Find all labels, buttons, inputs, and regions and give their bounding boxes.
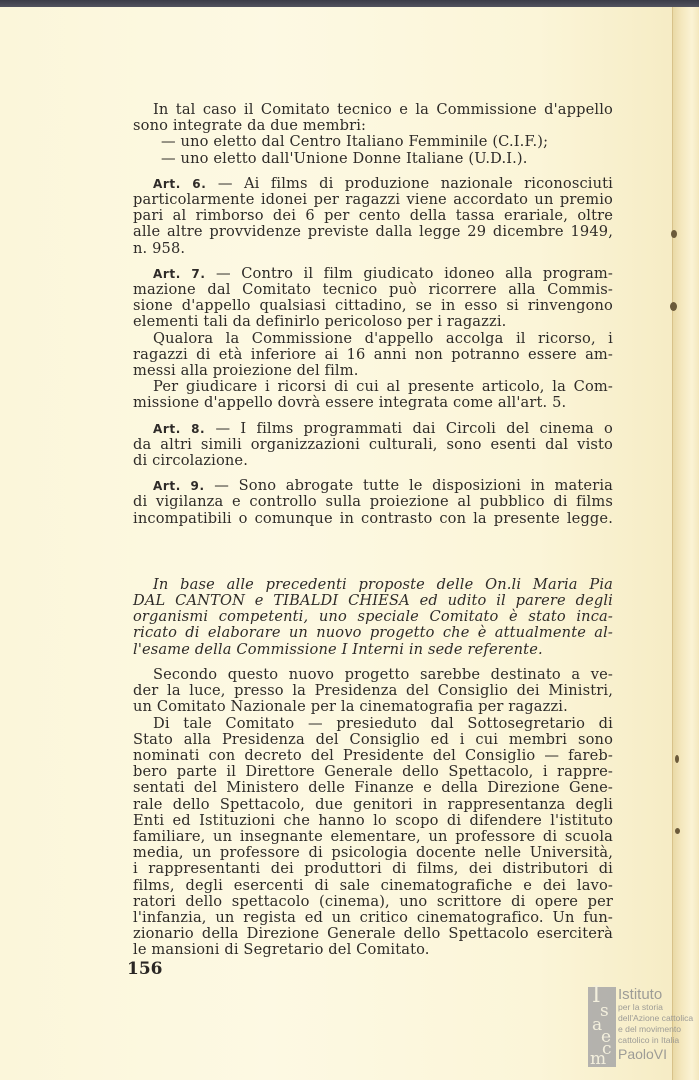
text-line: organismi competenti, uno speciale Comit… <box>133 609 613 625</box>
article-label: Art. 7. <box>153 267 205 281</box>
text-line: missione d'appello dovrà essere integrat… <box>133 395 613 411</box>
article-label: Art. 9. <box>153 479 205 493</box>
paragraph-intro: In tal caso il Comitato tecnico e la Com… <box>133 102 613 167</box>
text-line: In tal caso il Comitato tecnico e la Com… <box>133 102 613 118</box>
text-line: messi alla proiezione del film. <box>133 363 613 379</box>
paper-speck <box>675 755 679 763</box>
text-line: particolarmente idonei per ragazzi viene… <box>133 192 613 208</box>
paper-speck <box>671 230 677 238</box>
paper-speck <box>675 828 680 834</box>
text-line: ratori dello spettacolo (cinema), uno sc… <box>133 894 613 910</box>
text-line: i rappresentanti dei produttori di films… <box>133 861 613 877</box>
text-line: Qualora la Commissione d'appello accolga… <box>133 331 613 347</box>
text-line: Di tale Comitato — presieduto dal Sottos… <box>133 716 613 732</box>
text-line: ricato di elaborare un nuovo progetto ch… <box>133 625 613 641</box>
text-line: Art. 9. — Sono abrogate tutte le disposi… <box>133 478 613 494</box>
text-line: un Comitato Nazionale per la cinematogra… <box>133 699 613 715</box>
paper-speck <box>670 302 677 311</box>
text-line: l'infanzia, un regista ed un critico cin… <box>133 910 613 926</box>
article-7: Art. 7. — Contro il film giudicato idone… <box>133 266 613 412</box>
text-line: der la luce, presso la Presidenza del Co… <box>133 683 613 699</box>
text-line: mazione dal Comitato tecnico può ricorre… <box>133 282 613 298</box>
text-line: Art. 8. — I films programmati dai Circol… <box>133 421 613 437</box>
list-item: — uno eletto dal Centro Italiano Femmini… <box>133 134 613 150</box>
text-line: In base alle precedenti proposte delle O… <box>133 577 613 593</box>
text-line: familiare, un insegnante elementare, un … <box>133 829 613 845</box>
italic-note-paragraph: In base alle precedenti proposte delle O… <box>133 577 613 658</box>
text-line: n. 958. <box>133 241 613 257</box>
text-line: rale dello Spettacolo, due genitori in r… <box>133 797 613 813</box>
text-line: pari al rimborso dei 6 per cento della t… <box>133 208 613 224</box>
text-line: bero parte il Direttore Generale dello S… <box>133 764 613 780</box>
text-line: sono integrate da due membri: <box>133 118 613 134</box>
text-line: alle altre provvidenze previste dalla le… <box>133 224 613 240</box>
text-line: elementi tali da definirlo pericoloso pe… <box>133 314 613 330</box>
scanner-top-edge <box>0 0 699 7</box>
text-line: films, degli esercenti di sale cinematog… <box>133 878 613 894</box>
text-line: sione d'appello qualsiasi cittadino, se … <box>133 298 613 314</box>
watermark-text: Istituto per la storia dell'Azione catto… <box>618 987 693 1062</box>
text-line: da altri simili organizzazioni culturali… <box>133 437 613 453</box>
text-line: media, un professore di psicologia docen… <box>133 845 613 861</box>
text-line: le mansioni di Segretario del Comitato. <box>133 942 613 958</box>
text-line: di vigilanza e controllo sulla proiezion… <box>133 494 613 510</box>
isacem-watermark-logo: I s a e c m Istituto per la storia dell'… <box>588 987 698 1067</box>
text-line: sentati del Ministero delle Finanze e de… <box>133 780 613 796</box>
page-gutter <box>672 7 699 1080</box>
text-line: ragazzi di età inferiore ai 16 anni non … <box>133 347 613 363</box>
text-line: Enti ed Istituzioni che hanno lo scopo d… <box>133 813 613 829</box>
article-label: Art. 6. <box>153 177 206 191</box>
isacem-monogram-icon: I s a e c m <box>588 987 616 1067</box>
paragraph-di-tale-comitato: Di tale Comitato — presieduto dal Sottos… <box>133 716 613 959</box>
text-line: Per giudicare i ricorsi di cui al presen… <box>133 379 613 395</box>
text-line: Secondo questo nuovo progetto sarebbe de… <box>133 667 613 683</box>
text-line: Art. 7. — Contro il film giudicato idone… <box>133 266 613 282</box>
page-number: 156 <box>127 959 163 979</box>
text-line: nominati con decreto del Presidente del … <box>133 748 613 764</box>
text-line: Stato alla Presidenza del Consiglio ed i… <box>133 732 613 748</box>
list-item: — uno eletto dall'Unione Donne Italiane … <box>133 151 613 167</box>
text-line: zionario della Direzione Generale dello … <box>133 926 613 942</box>
text-line: DAL CANTON e TIBALDI CHIESA ed udito il … <box>133 593 613 609</box>
page-body-text: In tal caso il Comitato tecnico e la Com… <box>133 102 613 959</box>
article-9: Art. 9. — Sono abrogate tutte le disposi… <box>133 478 613 527</box>
paragraph-secondo: Secondo questo nuovo progetto sarebbe de… <box>133 667 613 716</box>
text-line: Art. 6. — Ai films di produzione naziona… <box>133 176 613 192</box>
article-label: Art. 8. <box>153 422 205 436</box>
article-6: Art. 6. — Ai films di produzione naziona… <box>133 176 613 257</box>
text-line: l'esame della Commissione I Interni in s… <box>133 642 613 658</box>
text-line: di circolazione. <box>133 453 613 469</box>
text-line: incompatibili o comunque in contrasto co… <box>133 511 613 527</box>
article-8: Art. 8. — I films programmati dai Circol… <box>133 421 613 470</box>
